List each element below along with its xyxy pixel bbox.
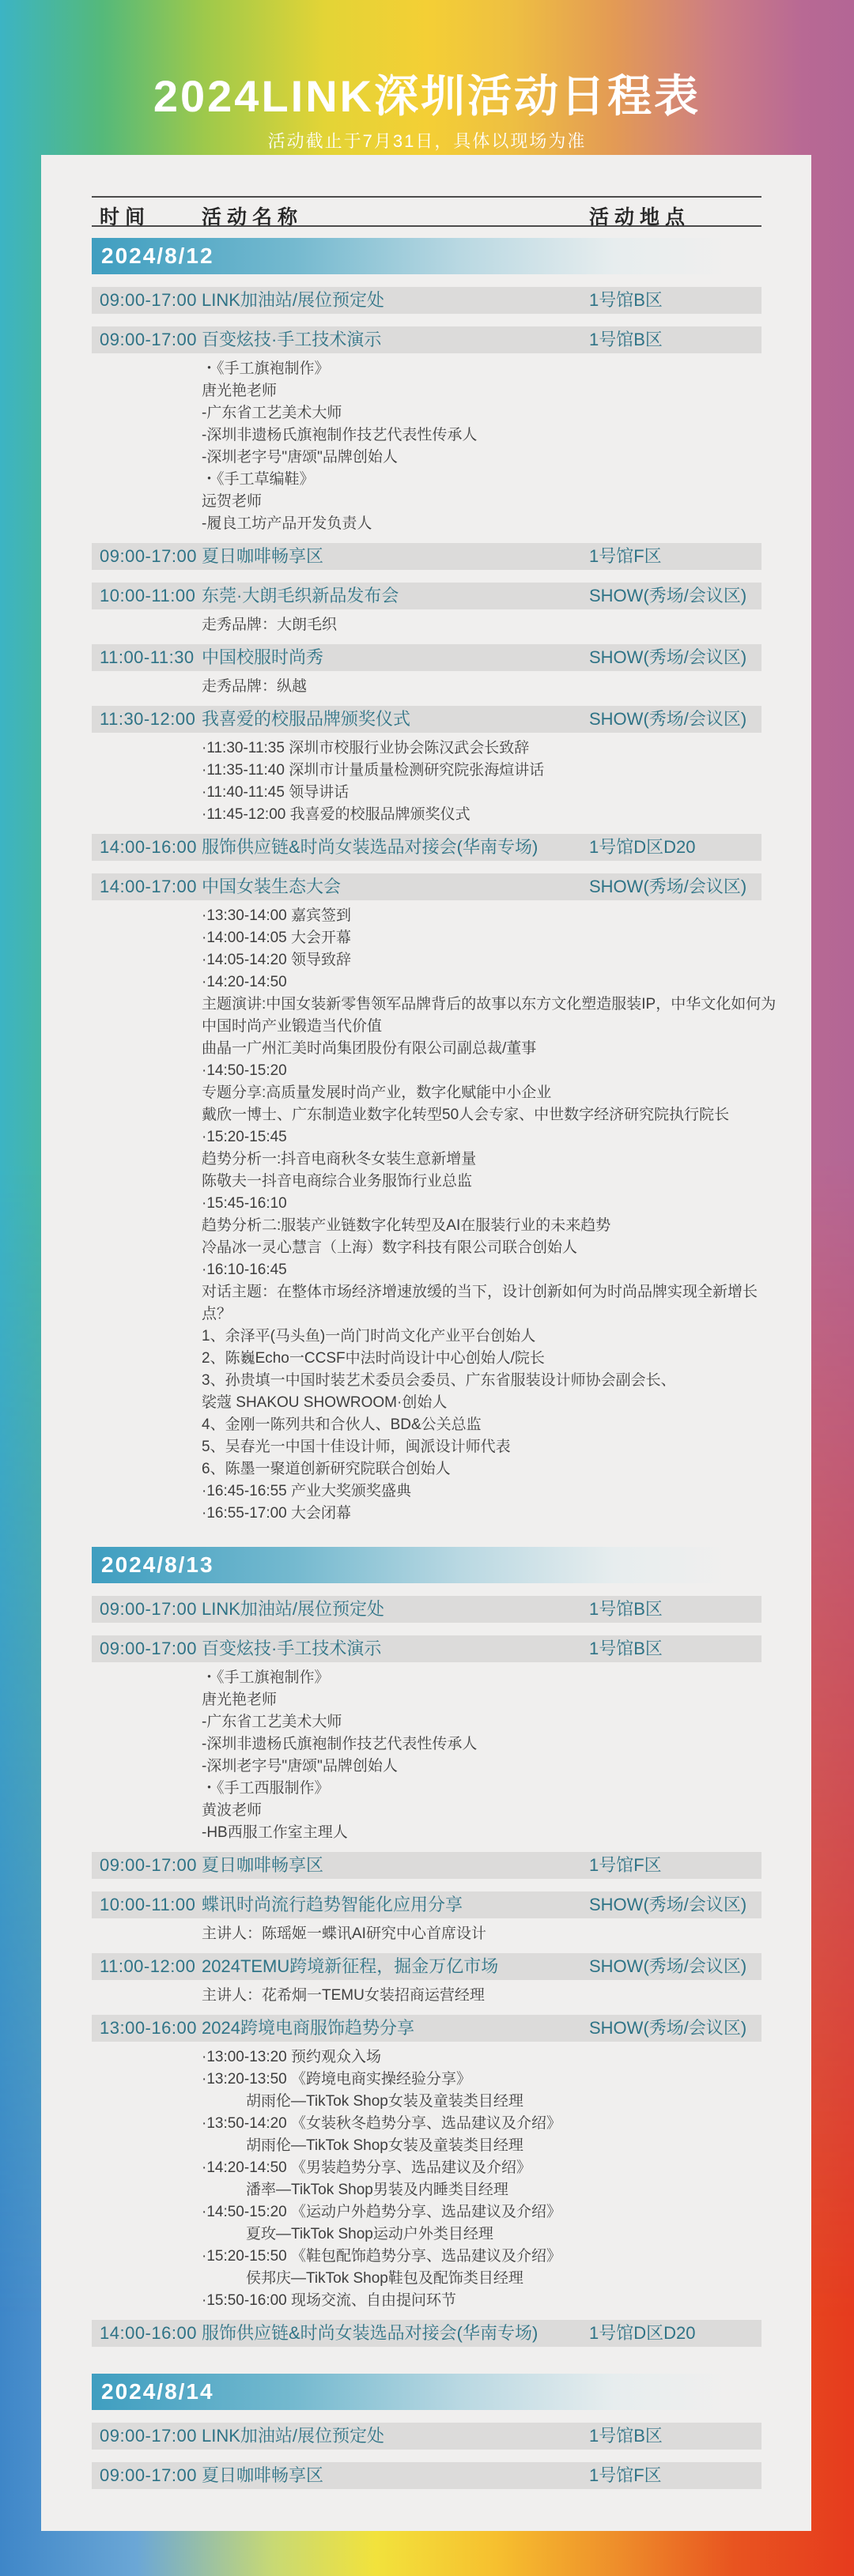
event-row: 10:00-11:00东莞·大朗毛织新品发布会SHOW(秀场/会议区) — [92, 583, 761, 609]
detail-line: ·13:50-14:20 《女装秋冬趋势分享、选品建议及介绍》 — [202, 2113, 787, 2135]
detail-line: -广东省工艺美术大师 — [202, 1711, 787, 1733]
event-location: SHOW(秀场/会议区) — [589, 1953, 746, 1980]
detail-line: 3、孙贵填一中国时装艺术委员会委员、广东省服装设计师协会副会长、 — [202, 1370, 787, 1392]
event-time: 09:00-17:00 — [100, 1596, 197, 1623]
event-row: 09:00-17:00夏日咖啡畅享区1号馆F区 — [92, 2462, 761, 2489]
event-name: 服饰供应链&时尚女装选品对接会(华南专场) — [202, 2320, 538, 2347]
event-row: 14:00-17:00中国女装生态大会SHOW(秀场/会议区) — [92, 873, 761, 900]
column-header-time: 时间 — [100, 202, 150, 230]
detail-line: ·16:45-16:55 产业大奖颁奖盛典 — [202, 1480, 787, 1503]
event-location: 1号馆B区 — [589, 2423, 663, 2450]
event-name: LINK加油站/展位预定处 — [202, 287, 384, 314]
event-time: 14:00-17:00 — [100, 873, 197, 900]
event-details: ・《手工旗袍制作》唐光艳老师-广东省工艺美术大师-深圳非遗杨氏旗袍制作技艺代表性… — [202, 353, 787, 535]
event-name: 夏日咖啡畅享区 — [202, 2462, 323, 2489]
detail-line: ·14:05-14:20 领导致辞 — [202, 949, 787, 971]
event-location: 1号馆B区 — [589, 287, 663, 314]
event-row: 09:00-17:00百变炫技·手工技术演示1号馆B区 — [92, 1635, 761, 1662]
event-location: 1号馆F区 — [589, 1852, 662, 1879]
detail-line: 唐光艳老师 — [202, 380, 787, 402]
detail-line: -深圳非遗杨氏旗袍制作技艺代表性传承人 — [202, 1733, 787, 1756]
detail-line: ·11:40-11:45 领导讲话 — [202, 782, 787, 804]
table-header: 时间 活动名称 活动地点 — [92, 196, 761, 227]
detail-line: 趋势分析二:服装产业链数字化转型及AI在服装行业的未来趋势 — [202, 1215, 787, 1237]
detail-line: 陈敬夫一抖音电商综合业务服饰行业总监 — [202, 1171, 787, 1193]
event-time: 11:00-12:00 — [100, 1953, 195, 1980]
detail-line: 对话主题：在整体市场经济增速放缓的当下，设计创新如何为时尚品牌实现全新增长点？ — [202, 1281, 787, 1326]
detail-line: 走秀品牌：纵越 — [202, 676, 787, 698]
detail-line: 1、余泽平(马头鱼)一尚门时尚文化产业平台创始人 — [202, 1326, 787, 1348]
detail-line: ・《手工西服制作》 — [202, 1778, 787, 1800]
event-row: 09:00-17:00夏日咖啡畅享区1号馆F区 — [92, 1852, 761, 1879]
event-time: 09:00-17:00 — [100, 543, 197, 570]
detail-line: ·15:50-16:00 现场交流、自由提问环节 — [202, 2290, 787, 2312]
day-section: 2024/8/1309:00-17:00LINK加油站/展位预定处1号馆B区09… — [92, 1547, 761, 2347]
detail-line: 4、金刚一陈列共和合伙人、BD&公关总监 — [202, 1414, 787, 1436]
detail-line: 走秀品牌：大朗毛织 — [202, 614, 787, 636]
page-subtitle: 活动截止于7月31日，具体以现场为准 — [0, 132, 854, 151]
event-time: 09:00-17:00 — [100, 2462, 197, 2489]
event-location: SHOW(秀场/会议区) — [589, 2015, 746, 2042]
detail-line: ·14:20-14:50 《男装趋势分享、选品建议及介绍》 — [202, 2157, 787, 2179]
detail-line: 主讲人：陈瑶姬一蝶讯AI研究中心首席设计 — [202, 1923, 787, 1945]
event-name: 中国校服时尚秀 — [202, 644, 323, 671]
event-name: 2024跨境电商服饰趋势分享 — [202, 2015, 414, 2042]
event-row: 11:00-12:002024TEMU跨境新征程，掘金万亿市场SHOW(秀场/会… — [92, 1953, 761, 1980]
detail-line: ·13:20-13:50 《跨境电商实操经验分享》 — [202, 2069, 787, 2091]
detail-line: 2、陈巍Echo一CCSF中法时尚设计中心创始人/院长 — [202, 1348, 787, 1370]
detail-line: ・《手工旗袍制作》 — [202, 1667, 787, 1689]
date-header: 2024/8/13 — [92, 1547, 761, 1583]
event-time: 09:00-17:00 — [100, 287, 197, 314]
detail-line: ·13:30-14:00 嘉宾签到 — [202, 905, 787, 927]
event-location: 1号馆B区 — [589, 1596, 663, 1623]
event-row: 09:00-17:00LINK加油站/展位预定处1号馆B区 — [92, 287, 761, 314]
column-header-activity-location: 活动地点 — [589, 202, 690, 230]
detail-line: 曲晶一广州汇美时尚集团股份有限公司副总裁/董事 — [202, 1038, 787, 1060]
detail-line: 胡雨伦—TikTok Shop女装及童装类目经理 — [202, 2135, 787, 2157]
detail-line: ·11:30-11:35 深圳市校服行业协会陈汉武会长致辞 — [202, 737, 787, 760]
page-header: 2024LINK深圳活动日程表 活动截止于7月31日，具体以现场为准 — [0, 0, 854, 151]
detail-line: ・《手工旗袍制作》 — [202, 358, 787, 380]
detail-line: 6、陈墨一聚道创新研究院联合创始人 — [202, 1458, 787, 1480]
event-time: 10:00-11:00 — [100, 1891, 195, 1918]
event-location: SHOW(秀场/会议区) — [589, 1891, 746, 1918]
event-time: 10:00-11:00 — [100, 583, 195, 609]
event-details: 主讲人：花希炯一TEMU女装招商运营经理 — [202, 1980, 787, 2007]
detail-line: ·13:00-13:20 预约观众入场 — [202, 2046, 787, 2069]
event-location: 1号馆D区D20 — [589, 2320, 695, 2347]
event-row: 14:00-16:00服饰供应链&时尚女装选品对接会(华南专场)1号馆D区D20 — [92, 2320, 761, 2347]
event-name: 2024TEMU跨境新征程，掘金万亿市场 — [202, 1953, 498, 1980]
event-time: 09:00-17:00 — [100, 1635, 197, 1662]
detail-line: 黄波老师 — [202, 1800, 787, 1822]
detail-line: 裟蔻 SHAKOU SHOWROOM·创始人 — [202, 1392, 787, 1414]
event-location: SHOW(秀场/会议区) — [589, 873, 746, 900]
event-time: 14:00-16:00 — [100, 2320, 197, 2347]
event-name: 蝶讯时尚流行趋势智能化应用分享 — [202, 1891, 463, 1918]
event-time: 13:00-16:00 — [100, 2015, 197, 2042]
schedule-days: 2024/8/1209:00-17:00LINK加油站/展位预定处1号馆B区09… — [92, 238, 761, 2489]
detail-line: ·14:50-15:20 《运动户外趋势分享、选品建议及介绍》 — [202, 2201, 787, 2223]
detail-line: -深圳老字号"唐颂"品牌创始人 — [202, 447, 787, 469]
event-row: 09:00-17:00LINK加油站/展位预定处1号馆B区 — [92, 1596, 761, 1623]
event-time: 09:00-17:00 — [100, 2423, 197, 2450]
detail-line: 趋势分析一:抖音电商秋冬女装生意新增量 — [202, 1148, 787, 1171]
event-name: LINK加油站/展位预定处 — [202, 1596, 384, 1623]
event-row: 10:00-11:00蝶讯时尚流行趋势智能化应用分享SHOW(秀场/会议区) — [92, 1891, 761, 1918]
detail-line: -履良工坊产品开发负责人 — [202, 513, 787, 535]
event-time: 09:00-17:00 — [100, 1852, 197, 1879]
event-location: SHOW(秀场/会议区) — [589, 644, 746, 671]
schedule-content: 时间 活动名称 活动地点 2024/8/1209:00-17:00LINK加油站… — [92, 155, 761, 2489]
schedule-card: 时间 活动名称 活动地点 2024/8/1209:00-17:00LINK加油站… — [41, 155, 811, 2531]
detail-line: ·11:35-11:40 深圳市计量质量检测研究院张海煊讲话 — [202, 760, 787, 782]
event-location: 1号馆F区 — [589, 2462, 662, 2489]
event-details: ·13:00-13:20 预约观众入场·13:20-13:50 《跨境电商实操经… — [202, 2042, 787, 2312]
detail-line: 专题分享:高质量发展时尚产业，数字化赋能中小企业 — [202, 1082, 787, 1104]
event-location: SHOW(秀场/会议区) — [589, 583, 746, 609]
detail-line: 主题演讲:中国女装新零售领军品牌背后的故事以东方文化塑造服装IP，中华文化如何为… — [202, 994, 787, 1038]
event-row: 13:00-16:002024跨境电商服饰趋势分享SHOW(秀场/会议区) — [92, 2015, 761, 2042]
event-details: 走秀品牌：纵越 — [202, 671, 787, 698]
detail-line: 5、吴春光一中国十佳设计师，闽派设计师代表 — [202, 1436, 787, 1458]
event-name: 我喜爱的校服品牌颁奖仪式 — [202, 706, 410, 733]
event-name: 东莞·大朗毛织新品发布会 — [202, 583, 399, 609]
event-details: ·11:30-11:35 深圳市校服行业协会陈汉武会长致辞·11:35-11:4… — [202, 733, 787, 826]
detail-line: -深圳非遗杨氏旗袍制作技艺代表性传承人 — [202, 424, 787, 447]
day-section: 2024/8/1209:00-17:00LINK加油站/展位预定处1号馆B区09… — [92, 238, 761, 1525]
detail-line: -广东省工艺美术大师 — [202, 402, 787, 424]
event-name: 夏日咖啡畅享区 — [202, 543, 323, 570]
event-details: 主讲人：陈瑶姬一蝶讯AI研究中心首席设计 — [202, 1918, 787, 1945]
detail-line: ·14:50-15:20 — [202, 1060, 787, 1082]
event-row: 11:30-12:00我喜爱的校服品牌颁奖仪式SHOW(秀场/会议区) — [92, 706, 761, 733]
detail-line: 潘率—TikTok Shop男装及内睡类目经理 — [202, 2179, 787, 2201]
detail-line: -深圳老字号"唐颂"品牌创始人 — [202, 1756, 787, 1778]
day-section: 2024/8/1409:00-17:00LINK加油站/展位预定处1号馆B区09… — [92, 2374, 761, 2489]
event-row: 09:00-17:00百变炫技·手工技术演示1号馆B区 — [92, 326, 761, 353]
detail-line: -HB西服工作室主理人 — [202, 1822, 787, 1844]
detail-line: 胡雨伦—TikTok Shop女装及童装类目经理 — [202, 2091, 787, 2113]
detail-line: 夏玫—TikTok Shop运动户外类目经理 — [202, 2223, 787, 2246]
detail-line: 远贺老师 — [202, 491, 787, 513]
event-row: 14:00-16:00服饰供应链&时尚女装选品对接会(华南专场)1号馆D区D20 — [92, 834, 761, 861]
detail-line: ·16:55-17:00 大会闭幕 — [202, 1503, 787, 1525]
detail-line: ·15:20-15:45 — [202, 1126, 787, 1148]
detail-line: 唐光艳老师 — [202, 1689, 787, 1711]
event-details: 走秀品牌：大朗毛织 — [202, 609, 787, 636]
event-name: 服饰供应链&时尚女装选品对接会(华南专场) — [202, 834, 538, 861]
detail-line: ·16:10-16:45 — [202, 1259, 787, 1281]
page-title: 2024LINK深圳活动日程表 — [0, 73, 854, 120]
detail-line: ·14:20-14:50 — [202, 971, 787, 994]
detail-line: ·11:45-12:00 我喜爱的校服品牌颁奖仪式 — [202, 804, 787, 826]
detail-line: ·15:20-15:50 《鞋包配饰趋势分享、选品建议及介绍》 — [202, 2246, 787, 2268]
event-details: ・《手工旗袍制作》唐光艳老师-广东省工艺美术大师-深圳非遗杨氏旗袍制作技艺代表性… — [202, 1662, 787, 1844]
detail-line: 戴欣一博士、广东制造业数字化转型50人会专家、中世数字经济研究院执行院长 — [202, 1104, 787, 1126]
event-name: 百变炫技·手工技术演示 — [202, 1635, 381, 1662]
event-location: 1号馆D区D20 — [589, 834, 695, 861]
detail-line: 冷晶冰一灵心慧言（上海）数字科技有限公司联合创始人 — [202, 1237, 787, 1259]
event-row: 11:00-11:30中国校服时尚秀SHOW(秀场/会议区) — [92, 644, 761, 671]
detail-line: ・《手工草编鞋》 — [202, 469, 787, 491]
event-location: 1号馆B区 — [589, 1635, 663, 1662]
detail-line: 侯邦庆—TikTok Shop鞋包及配饰类目经理 — [202, 2268, 787, 2290]
event-time: 09:00-17:00 — [100, 326, 197, 353]
detail-line: ·15:45-16:10 — [202, 1193, 787, 1215]
event-location: SHOW(秀场/会议区) — [589, 706, 746, 733]
detail-line: ·14:00-14:05 大会开幕 — [202, 927, 787, 949]
event-name: 夏日咖啡畅享区 — [202, 1852, 323, 1879]
event-row: 09:00-17:00LINK加油站/展位预定处1号馆B区 — [92, 2423, 761, 2450]
date-header: 2024/8/12 — [92, 238, 761, 274]
column-header-activity-name: 活动名称 — [202, 202, 303, 230]
event-name: LINK加油站/展位预定处 — [202, 2423, 384, 2450]
event-time: 11:30-12:00 — [100, 706, 195, 733]
event-name: 百变炫技·手工技术演示 — [202, 326, 381, 353]
event-name: 中国女装生态大会 — [202, 873, 341, 900]
event-time: 14:00-16:00 — [100, 834, 197, 861]
date-header: 2024/8/14 — [92, 2374, 761, 2410]
event-time: 11:00-11:30 — [100, 644, 195, 671]
detail-line: 主讲人：花希炯一TEMU女装招商运营经理 — [202, 1985, 787, 2007]
event-location: 1号馆B区 — [589, 326, 663, 353]
event-row: 09:00-17:00夏日咖啡畅享区1号馆F区 — [92, 543, 761, 570]
event-location: 1号馆F区 — [589, 543, 662, 570]
event-details: ·13:30-14:00 嘉宾签到·14:00-14:05 大会开幕·14:05… — [202, 900, 787, 1525]
